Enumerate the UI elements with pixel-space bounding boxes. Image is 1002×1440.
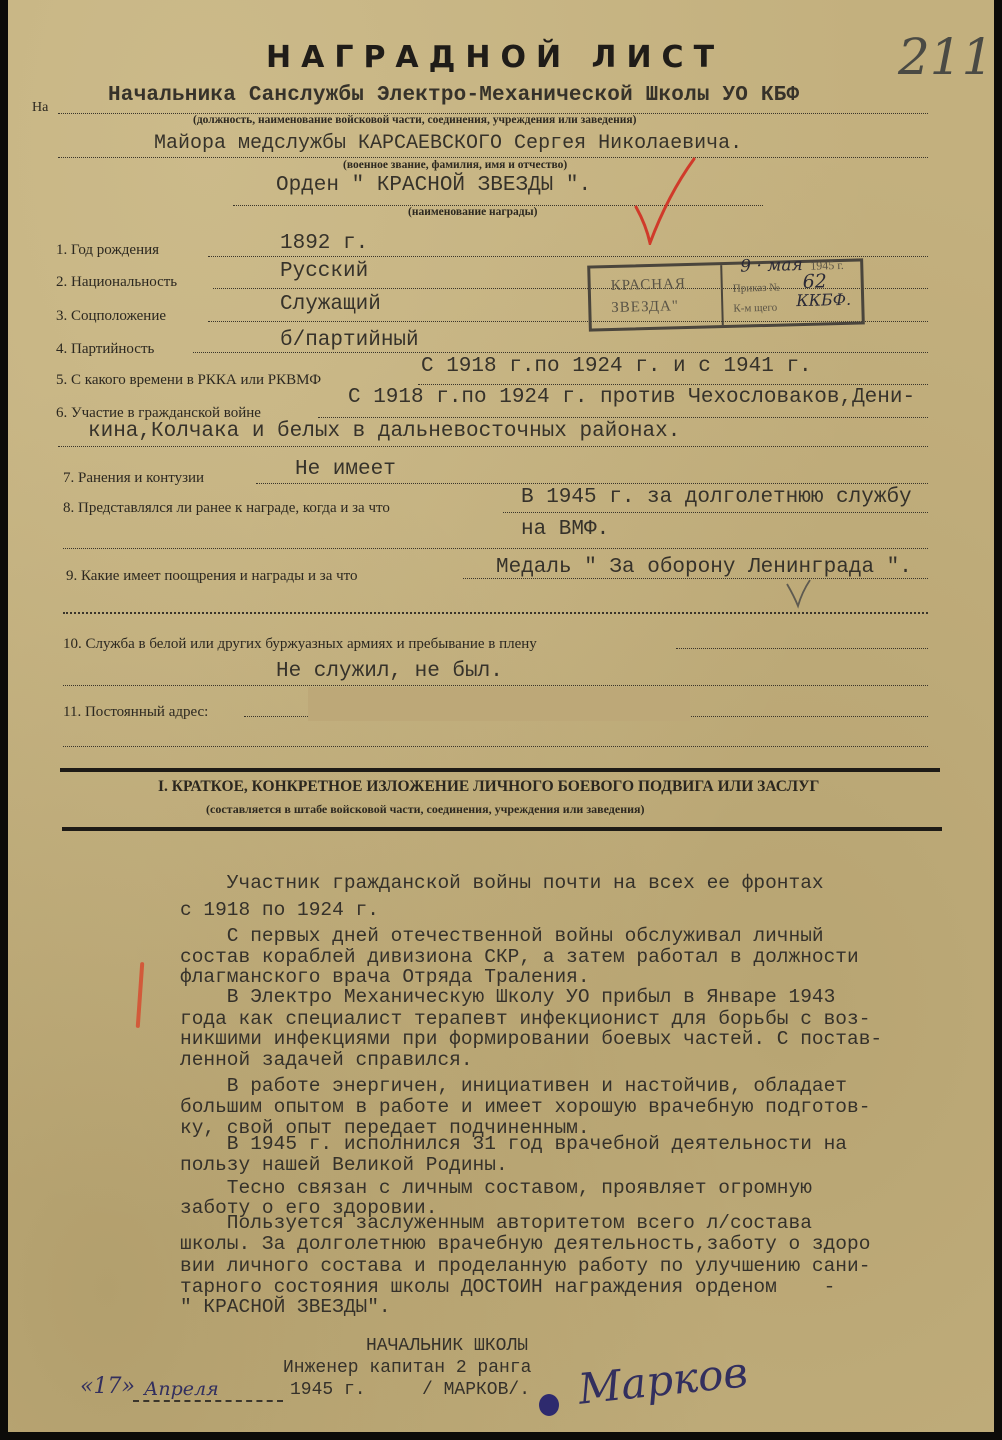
stamp-award-line1: КРАСНАЯ <box>611 276 687 295</box>
narrative-line: тарного состояния школы ДОСТОИН награжде… <box>180 1276 835 1298</box>
handwritten-signature: Марков <box>576 1347 750 1413</box>
award-caption: (наименование награды) <box>408 206 537 218</box>
signoff-date-day: «17» <box>80 1374 135 1399</box>
stamp-issuer-handwritten: ККБФ. <box>796 290 851 310</box>
check-mark-icon <box>784 578 814 610</box>
narrative-line: школы. За долголетнюю врачебную деятельн… <box>180 1233 870 1255</box>
from-caption: (должность, наименование войсковой части… <box>193 114 636 126</box>
narrative-line: года как специалист терапевт инфекционис… <box>180 1008 870 1030</box>
signoff-date-year: 1945 г. <box>290 1380 366 1400</box>
narrative-line: Участник гражданской войны почти на всех… <box>180 872 824 894</box>
narrative-line: флагманского врача Отряда Траления. <box>180 966 590 988</box>
section-subheading: (составляется в штабе войсковой части, с… <box>206 802 645 817</box>
section-heading: I. КРАТКОЕ, КОНКРЕТНОЕ ИЗЛОЖЕНИЕ ЛИЧНОГО… <box>158 778 819 796</box>
signoff-date-month: Апреля <box>144 1378 219 1400</box>
field-1-number: 1. <box>56 242 67 258</box>
field-11-label: Постоянный адрес: <box>85 704 208 720</box>
field-5-value: С 1918 г.по 1924 г. и с 1941 г. <box>421 355 812 378</box>
narrative-line: В работе энергичен, инициативен и настой… <box>180 1075 847 1097</box>
narrative-line: вии личного состава и проделанную работу… <box>180 1255 870 1277</box>
narrative-line: С первых дней отечественной войны обслуж… <box>180 925 824 947</box>
field-2-label: Национальность <box>71 274 177 290</box>
narrative-line: В 1945 г. исполнился 31 год врачебной де… <box>180 1133 847 1155</box>
field-8-value: В 1945 г. за долголетнюю службу <box>521 486 912 509</box>
narrative-line: большим опытом в работе и имеет хорошую … <box>180 1096 870 1118</box>
field-9-number: 9. <box>66 568 77 584</box>
red-check-icon <box>628 155 708 245</box>
field-1-label: Год рождения <box>71 242 159 258</box>
field-3-value: Служащий <box>280 293 381 316</box>
signoff-position: НАЧАЛЬНИК ШКОЛЫ <box>366 1336 528 1356</box>
narrative-line: ленной задачей справился. <box>180 1049 473 1071</box>
field-5-label: С какого времени в РККА или РКВМФ <box>71 372 321 388</box>
field-6-number: 6. <box>56 405 67 421</box>
document-title: НАГРАДНОЙ ЛИСТ <box>266 40 724 75</box>
field-9-label: Какие имеет поощрения и награды и за что <box>81 568 358 584</box>
field-4-label: Партийность <box>71 341 154 357</box>
stamp-award-line2: ЗВЕЗДА" <box>611 298 679 317</box>
field-3-label: Соцположение <box>71 308 166 324</box>
stamp-issuer-label: К-м щего <box>733 302 777 315</box>
red-pencil-mark <box>136 962 145 1028</box>
narrative-line: с 1918 по 1924 г. <box>180 899 379 921</box>
field-2-value: Русский <box>280 260 368 283</box>
award-order-stamp: КРАСНАЯ ЗВЕЗДА" 9 · мая 1945 г. Приказ №… <box>587 258 865 331</box>
field-8-label: Представлялся ли ранее к награде, когда … <box>78 500 390 516</box>
field-8-number: 8. <box>63 500 74 516</box>
narrative-line: пользу нашей Великой Родины. <box>180 1154 508 1176</box>
field-7-label: Ранения и контузии <box>78 470 204 486</box>
ink-blot <box>539 1394 559 1416</box>
field-4-number: 4. <box>56 341 67 357</box>
field-8-value-line2: на ВМФ. <box>521 518 609 541</box>
stamp-date-handwritten: 9 · мая <box>740 255 803 277</box>
narrative-line: Тесно связан с личным составом, проявляе… <box>180 1177 812 1199</box>
field-10-number: 10. <box>63 636 82 652</box>
field-5-number: 5. <box>56 372 67 388</box>
field-1-value: 1892 г. <box>280 232 368 255</box>
narrative-line: никшими инфекциями при формировании боев… <box>180 1028 882 1050</box>
field-9-value: Медаль " За оборону Ленинграда ". <box>496 556 912 579</box>
field-10-value: Не служил, не был. <box>276 660 503 683</box>
award-sheet-page: НАГРАДНОЙ ЛИСТ 211 На Начальника Санслуж… <box>8 0 994 1432</box>
field-10-label: Служба в белой или других буржуазных арм… <box>86 636 537 652</box>
archive-number-handwritten: 211 <box>898 28 993 86</box>
from-value: Начальника Санслужбы Электро-Механическо… <box>108 84 799 107</box>
recipient-name: Майора медслужбы КАРСАЕВСКОГО Сергея Ник… <box>154 132 742 155</box>
field-11-number: 11. <box>63 704 81 720</box>
narrative-line: Пользуется заслуженным авторитетом всего… <box>180 1212 812 1234</box>
redacted-address <box>308 687 690 721</box>
recipient-caption: (военное звание, фамилия, имя и отчество… <box>343 159 567 171</box>
signoff-name: / МАРКОВ/. <box>422 1380 530 1400</box>
field-4-value: б/партийный <box>280 329 419 352</box>
narrative-line: состав кораблей дивизиона СКР, а затем р… <box>180 946 859 968</box>
award-name: Орден " КРАСНОЙ ЗВЕЗДЫ ". <box>276 174 591 197</box>
field-3-number: 3. <box>56 308 67 324</box>
field-7-value: Не имеет <box>295 458 396 481</box>
field-2-number: 2. <box>56 274 67 290</box>
field-7-number: 7. <box>63 470 74 486</box>
field-6-label: Участие в гражданской войне <box>71 405 261 421</box>
narrative-line: " КРАСНОЙ ЗВЕЗДЫ". <box>180 1296 391 1318</box>
stamp-order-label: Приказ № <box>733 282 780 295</box>
field-6-value: С 1918 г.по 1924 г. против Чехословаков,… <box>348 386 915 409</box>
from-prefix: На <box>32 100 48 116</box>
narrative-line: В Электро Механическую Школу УО прибыл в… <box>180 986 835 1008</box>
signoff-rank: Инженер капитан 2 ранга <box>283 1358 531 1378</box>
field-6-value-line2: кина,Колчака и белых в дальневосточных р… <box>88 420 680 443</box>
